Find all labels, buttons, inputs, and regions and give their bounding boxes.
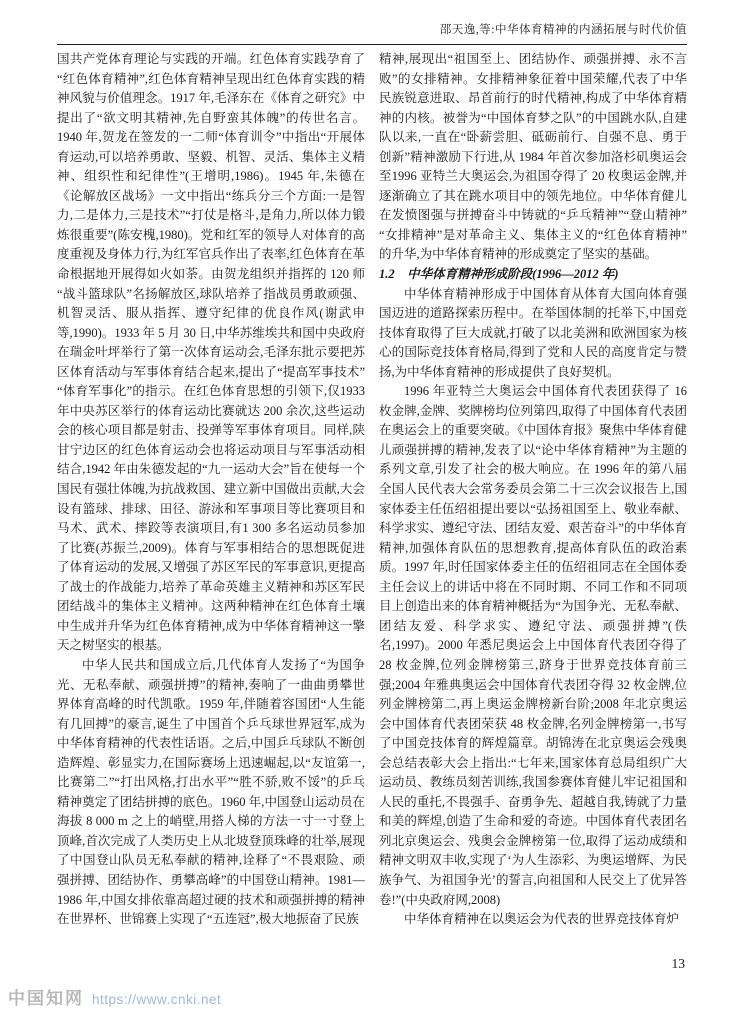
header-rule [57, 44, 687, 45]
journal-page: 邵天逸,等:中华体育精神的内涵拓展与时代价值 国共产党体育理论与实践的开端。红色… [0, 0, 733, 1015]
article-body: 国共产党体育理论与实践的开端。红色体育实践孕育了“红色体育精神”,红色体育精神呈… [57, 50, 687, 930]
section-heading: 1.2 中华体育精神形成阶段(1996—2012 年) [379, 265, 687, 285]
body-paragraph: 中华体育精神在以奥运会为代表的世界竞技体育炉 [379, 910, 687, 930]
cnki-logo-text: 中国知网 [8, 984, 84, 1009]
cnki-watermark: 中国知网 https://www.cnki.net [8, 984, 221, 1009]
body-paragraph: 中华人民共和国成立后,几代体育人发扬了“为国争光、无私奉献、顽强拼搏”的精神,奏… [57, 656, 365, 930]
right-column: 精神,展现出“祖国至上、团结协作、顽强拼搏、永不言败”的女排精神。女排精神象征着… [379, 50, 687, 930]
body-paragraph: 1996 年亚特兰大奥运会中国体育代表团获得了 16 枚金牌,金牌、奖牌榜均位列… [379, 382, 687, 910]
body-paragraph: 国共产党体育理论与实践的开端。红色体育实践孕育了“红色体育精神”,红色体育精神呈… [57, 50, 365, 656]
body-paragraph: 中华体育精神形成于中国体育从体育大国向体育强国迈进的道路探索历程中。在举国体制的… [379, 285, 687, 383]
cnki-url-link[interactable]: https://www.cnki.net [92, 992, 221, 1007]
page-number: 13 [672, 956, 686, 972]
running-head-title: 邵天逸,等:中华体育精神的内涵拓展与时代价值 [440, 21, 687, 37]
left-column: 国共产党体育理论与实践的开端。红色体育实践孕育了“红色体育精神”,红色体育精神呈… [57, 50, 365, 930]
body-paragraph: 精神,展现出“祖国至上、团结协作、顽强拼搏、永不言败”的女排精神。女排精神象征着… [379, 50, 687, 265]
